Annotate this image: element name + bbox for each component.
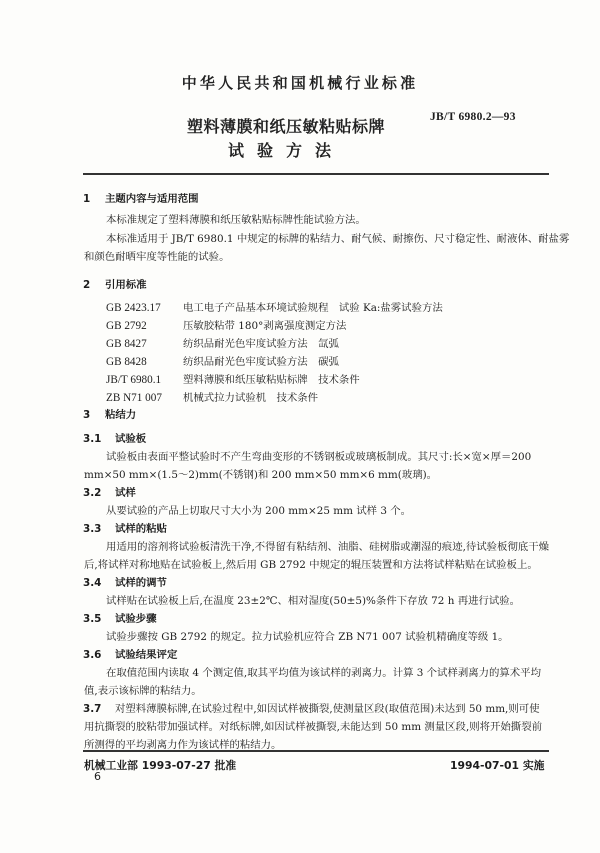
- subsection-3-1-line2: mm×50 mm×(1.5～2)mm(不锈钢)和 200 mm×50 mm×6 …: [84, 466, 437, 484]
- subsection-number: 3.2: [83, 484, 115, 502]
- subsection-3-4-line1: 试样贴在试验板上后,在温度 23±2℃、相对湿度(50±5)%条件下存放 72 …: [106, 592, 520, 610]
- subsection-3-1-heading: 3.1试验板: [83, 430, 146, 448]
- reference-code: GB 8428: [106, 353, 147, 371]
- section-3-heading: 3粘结力: [83, 406, 136, 424]
- document-title-line2: 试验方法: [0, 138, 586, 161]
- subsection-title: 试样的粘贴: [115, 523, 167, 535]
- page-number: 6: [94, 770, 101, 783]
- subsection-3-7-text: 对塑料薄膜标牌,在试验过程中,如因试样被撕裂,使测量区段(取值范围)未达到 50…: [115, 703, 540, 715]
- reference-title: 机械式拉力试验机 技术条件: [183, 389, 318, 407]
- subsection-3-1-line1: 试验板由表面平整试验时不产生弯曲变形的不锈钢板或玻璃板制成。其尺寸:长×宽×厚＝…: [106, 448, 531, 466]
- header-divider: [83, 173, 549, 175]
- section-1-para2-line1: 本标准适用于 JB/T 6980.1 中规定的标牌的粘结力、耐气候、耐擦伤、尺寸…: [106, 230, 569, 248]
- subsection-3-5-line1: 试验步骤按 GB 2792 的规定。拉力试验机应符合 ZB N71 007 试验…: [106, 628, 509, 646]
- subsection-3-5-heading: 3.5试验步骤: [83, 610, 157, 628]
- subsection-number: 3.7: [83, 700, 115, 718]
- subsection-3-3-line1: 用适用的溶剂将试验板清洗干净,不得留有粘结剂、油脂、硅树脂或潮湿的痕迹,待试验板…: [106, 538, 549, 556]
- footer-divider: [83, 750, 549, 752]
- subsection-number: 3.3: [83, 520, 115, 538]
- subsection-3-6-line1: 在取值范围内读取 4 个测定值,取其平均值为该试样的剥离力。计算 3 个试样剥离…: [106, 664, 541, 682]
- section-2-heading: 2引用标准: [83, 276, 147, 294]
- section-title: 粘结力: [105, 409, 136, 421]
- reference-title: 电工电子产品基本环境试验规程 试验 Ka:盐雾试验方法: [183, 299, 443, 317]
- subsection-title: 试验步骤: [115, 613, 157, 625]
- reference-title: 纺织品耐光色牢度试验方法 碳弧: [183, 353, 339, 371]
- reference-code: GB 2792: [106, 317, 147, 335]
- section-title: 引用标准: [105, 279, 147, 291]
- subsection-3-6-line2: 值,表示该标牌的粘结力。: [84, 682, 202, 700]
- subsection-title: 试验板: [115, 433, 146, 445]
- subsection-number: 3.6: [83, 646, 115, 664]
- reference-title: 塑料薄膜和纸压敏粘贴标牌 技术条件: [183, 371, 360, 389]
- implementation-date: 1994-07-01 实施: [450, 758, 544, 773]
- subsection-3-6-heading: 3.6试验结果评定: [83, 646, 177, 664]
- subsection-3-4-heading: 3.4试样的调节: [83, 574, 167, 592]
- subsection-number: 3.4: [83, 574, 115, 592]
- reference-code: GB 8427: [106, 335, 147, 353]
- subsection-3-2-heading: 3.2试样: [83, 484, 136, 502]
- reference-title: 纺织品耐光色牢度试验方法 氙弧: [183, 335, 339, 353]
- section-1-para1: 本标准规定了塑料薄膜和纸压敏粘贴标牌性能试验方法。: [106, 211, 366, 229]
- section-1-para2-line2: 和颜色耐晒牢度等性能的试验。: [84, 248, 229, 266]
- subsection-title: 试验结果评定: [115, 649, 177, 661]
- subsection-number: 3.5: [83, 610, 115, 628]
- subsection-title: 试样: [115, 487, 136, 499]
- reference-code: ZB N71 007: [106, 389, 162, 407]
- subsection-number: 3.1: [83, 430, 115, 448]
- section-number: 3: [83, 406, 105, 424]
- section-number: 1: [83, 190, 105, 208]
- approval-date: 机械工业部 1993-07-27 批准: [84, 758, 236, 773]
- section-1-heading: 1主题内容与适用范围: [83, 190, 199, 208]
- subsection-3-3-line2: 后,将试样对称地贴在试验板上,然后用 GB 2792 中规定的辊压装置和方法将试…: [84, 556, 538, 574]
- subsection-title: 试样的调节: [115, 577, 167, 589]
- subsection-3-7-line2: 用抗撕裂的胶粘带加强试样。对纸标牌,如因试样被撕裂,未能达到 50 mm 测量区…: [84, 718, 542, 736]
- issuing-organization: 中华人民共和国机械行业标准: [0, 72, 600, 93]
- subsection-3-2-line1: 从要试验的产品上切取尺寸大小为 200 mm×25 mm 试样 3 个。: [106, 502, 411, 520]
- section-title: 主题内容与适用范围: [105, 193, 199, 205]
- reference-title: 压敏胶粘带 180°剥离强度测定方法: [183, 317, 346, 335]
- subsection-3-7-line1: 3.7对塑料薄膜标牌,在试验过程中,如因试样被撕裂,使测量区段(取值范围)未达到…: [83, 700, 540, 718]
- reference-code: GB 2423.17: [106, 299, 161, 317]
- section-number: 2: [83, 276, 105, 294]
- standard-number: JB/T 6980.2—93: [430, 111, 516, 123]
- subsection-3-3-heading: 3.3试样的粘贴: [83, 520, 167, 538]
- reference-code: JB/T 6980.1: [106, 371, 161, 389]
